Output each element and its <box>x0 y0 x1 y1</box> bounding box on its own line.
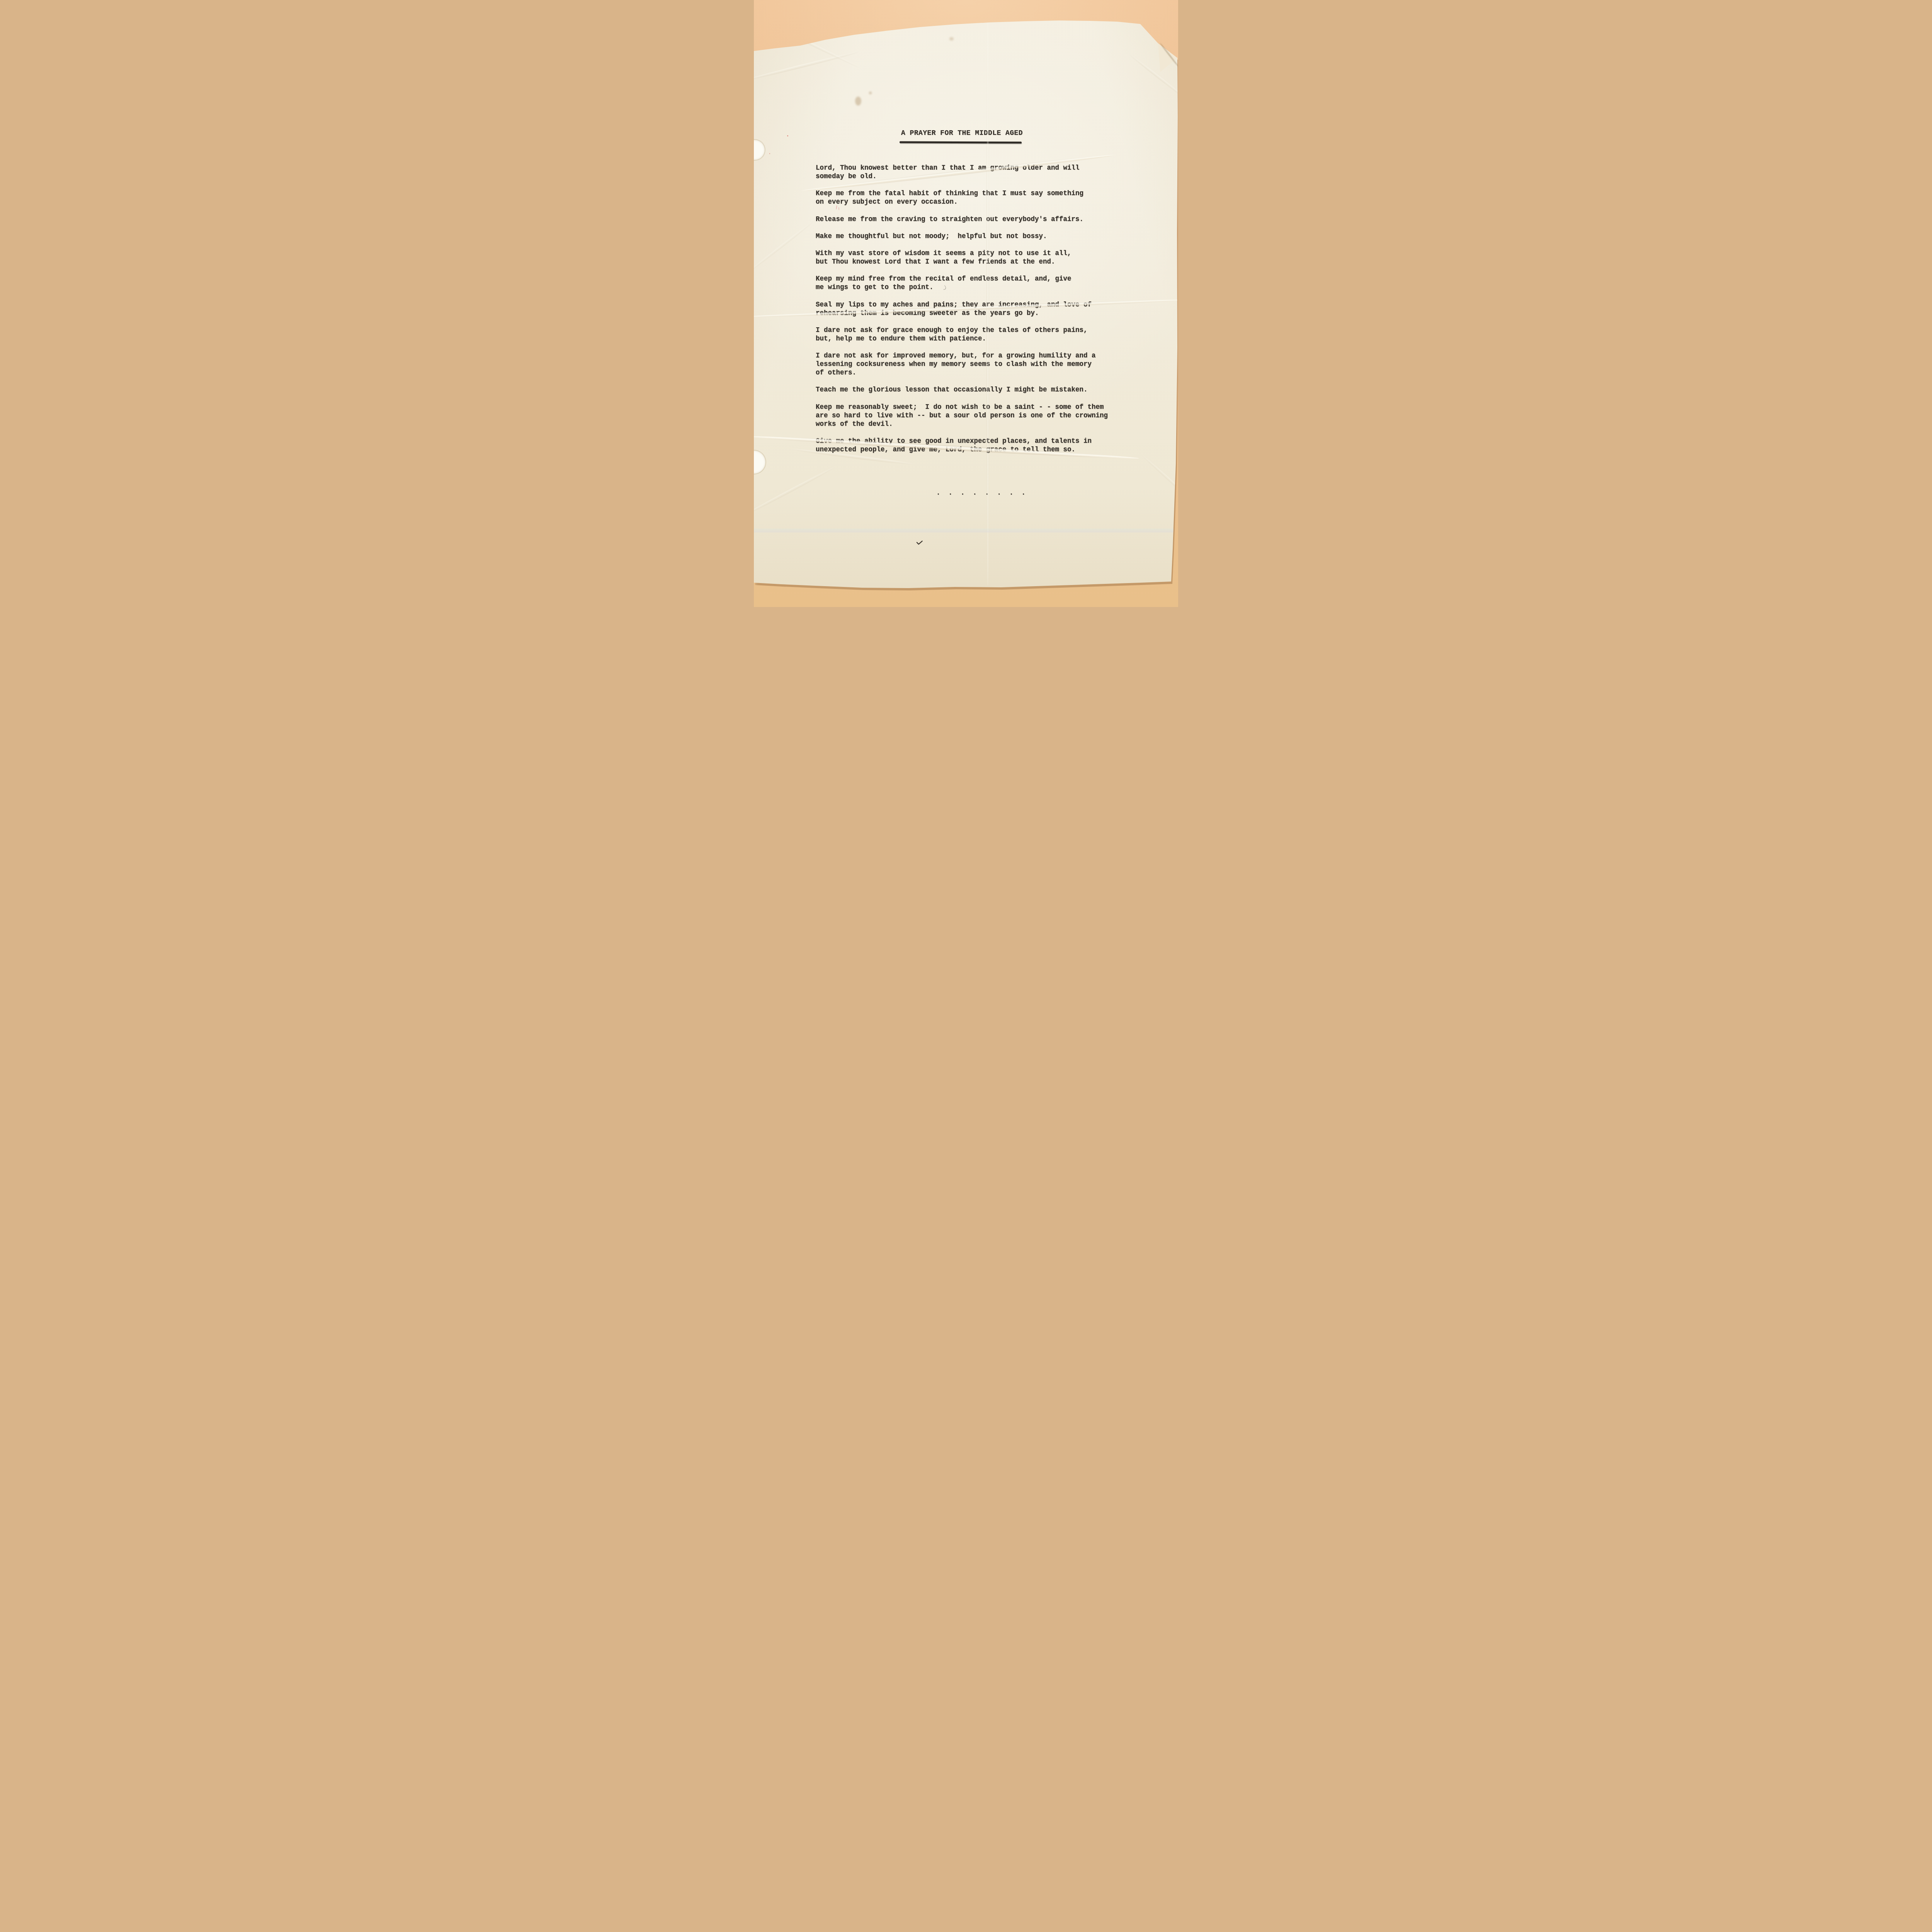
title-underline <box>900 141 1022 144</box>
paragraph: Keep me reasonably sweet; I do not wish … <box>816 403 1125 429</box>
paragraph: With my vast store of wisdom it seems a … <box>816 249 1125 266</box>
paragraph: Teach me the glorious lesson that occasi… <box>816 386 1125 394</box>
edge-crease <box>754 221 813 273</box>
scanner-artifact-band <box>754 529 1178 532</box>
edge-crease <box>754 466 836 517</box>
paragraph: Keep me from the fatal habit of thinking… <box>816 189 1125 206</box>
corner-crease <box>754 51 859 83</box>
paper-stain <box>855 97 861 105</box>
paragraph: Give me the ability to see good in unexp… <box>816 437 1125 454</box>
scanned-page: A PRAYER FOR THE MIDDLE AGED Lord, Thou … <box>754 0 1178 607</box>
red-speck <box>769 153 770 154</box>
paper-stain <box>949 37 954 41</box>
paragraph: Release me from the craving to straighte… <box>816 215 1125 224</box>
paragraph: I dare not ask for improved memory, but,… <box>816 352 1125 377</box>
corner-crease <box>765 20 860 69</box>
prayer-body: Lord, Thou knowest better than I that I … <box>816 164 1125 463</box>
paper-stain <box>869 92 872 94</box>
paragraph: I dare not ask for grace enough to enjoy… <box>816 326 1125 343</box>
check-mark <box>916 540 923 546</box>
paragraph: Lord, Thou knowest better than I that I … <box>816 164 1125 181</box>
paragraph: Make me thoughtful but not moody; helpfu… <box>816 232 1125 241</box>
separator-dots: . . . . . . . . <box>936 489 1026 497</box>
document-title: A PRAYER FOR THE MIDDLE AGED <box>901 129 1023 138</box>
paragraph: Keep my mind free from the recital of en… <box>816 275 1125 292</box>
edge-crease <box>1141 454 1178 505</box>
typewritten-sheet: A PRAYER FOR THE MIDDLE AGED Lord, Thou … <box>754 0 1178 607</box>
paragraph: Seal my lips to my aches and pains; they… <box>816 301 1125 318</box>
red-speck <box>787 135 788 136</box>
